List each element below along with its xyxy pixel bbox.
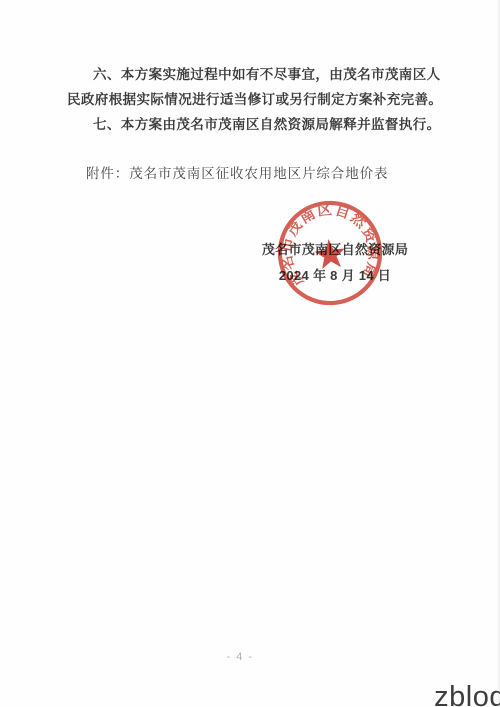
paragraph-line: 七、本方案由茂名市茂南区自然资源局解释并监督执行。: [67, 112, 429, 137]
document-body: 六、本方案实施过程中如有不尽事宜，由茂名市茂南区人 民政府根据实际情况进行适当修…: [67, 62, 429, 137]
page-number: - 4 -: [0, 651, 480, 663]
document-page: 六、本方案实施过程中如有不尽事宜，由茂名市茂南区人 民政府根据实际情况进行适当修…: [0, 0, 500, 707]
watermark: zblog: [434, 681, 500, 707]
star-icon: [313, 237, 347, 269]
paragraph-line: 六、本方案实施过程中如有不尽事宜，由茂名市茂南区人: [67, 62, 429, 87]
official-seal: 茂名市茂南区自然资源局: [250, 173, 410, 333]
paragraph-line: 民政府根据实际情况进行适当修订或另行制定方案补充完善。: [67, 87, 429, 112]
